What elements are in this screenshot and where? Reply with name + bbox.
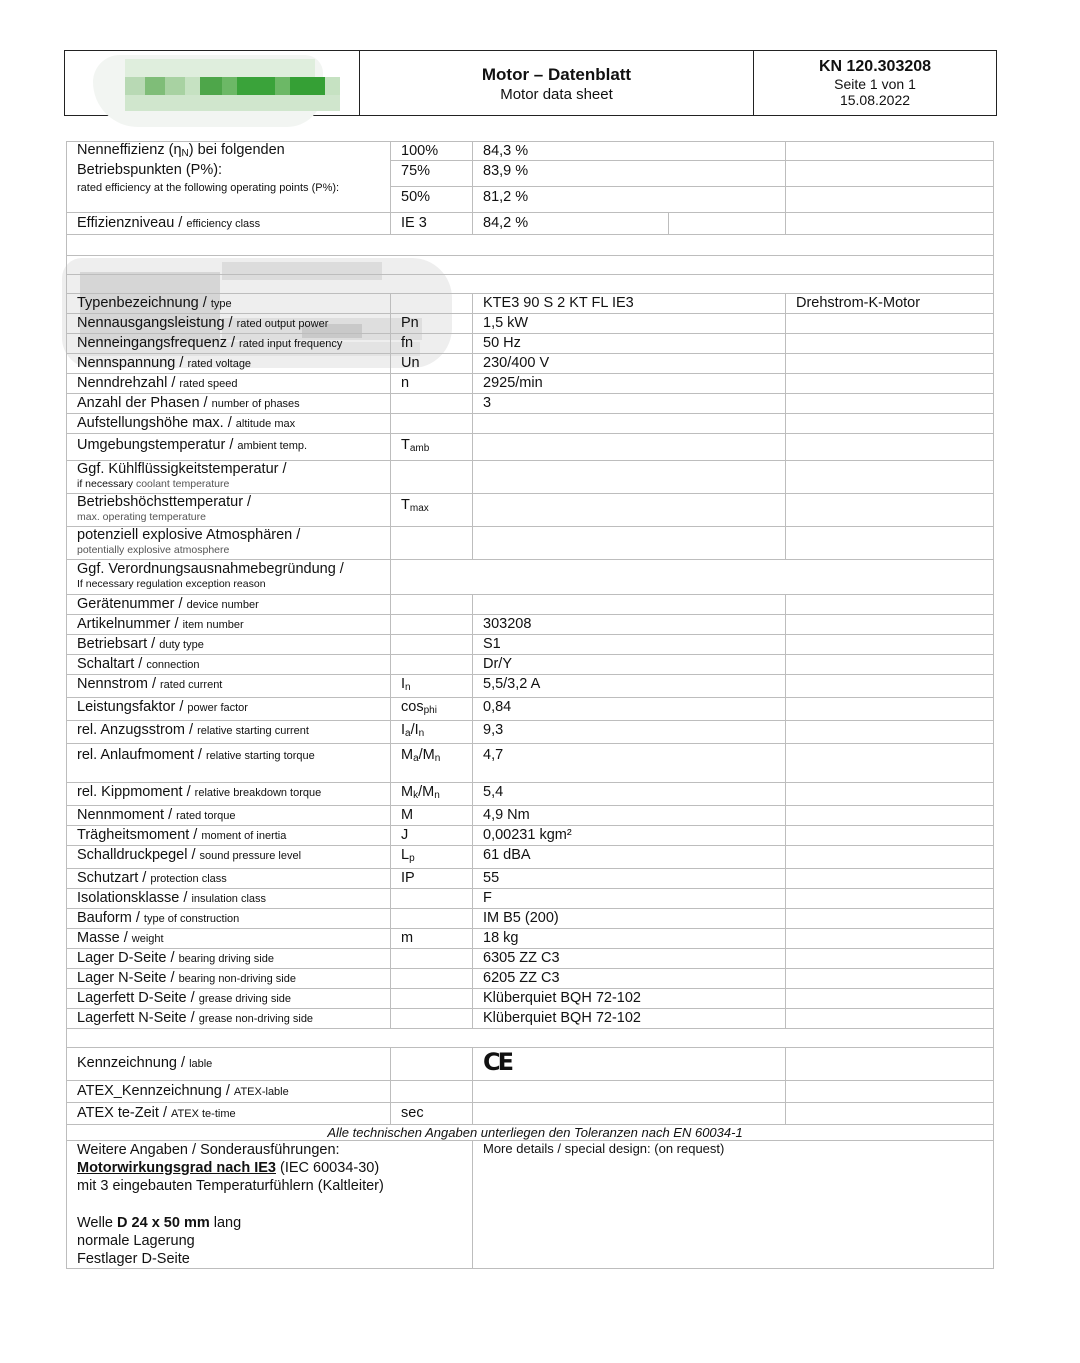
table-row: Schaltart / connectionDr/Y: [67, 655, 994, 675]
parameter-label: rel. Anlaufmoment / relative starting to…: [67, 744, 391, 783]
table-row: Kennzeichnung / lableCE: [67, 1048, 994, 1081]
parameter-label: Lagerfett D-Seite / grease driving side: [67, 989, 391, 1009]
efficiency-class-value: 84,2 %: [473, 213, 669, 235]
parameter-label: Artikelnummer / item number: [67, 615, 391, 635]
parameter-symbol: Tmax: [391, 494, 473, 527]
parameter-value: 1,5 kW: [473, 314, 786, 334]
document-header: Motor – Datenblatt Motor data sheet KN 1…: [64, 50, 997, 116]
table-row: Nennspannung / rated voltageUn230/400 V: [67, 354, 994, 374]
parameter-symbol: fn: [391, 334, 473, 354]
extra-info: [786, 721, 994, 744]
parameter-value: S1: [473, 635, 786, 655]
parameter-symbol: n: [391, 374, 473, 394]
extra-info: [786, 1081, 994, 1103]
parameter-label: Nenndrehzahl / rated speed: [67, 374, 391, 394]
parameter-symbol: IP: [391, 869, 473, 889]
parameter-symbol: [391, 1048, 473, 1081]
parameter-label: ATEX te-Zeit / ATEX te-time: [67, 1103, 391, 1125]
parameter-value: [473, 595, 786, 615]
extra-info: [786, 461, 994, 494]
parameter-value: 303208: [473, 615, 786, 635]
table-row: Masse / weightm18 kg: [67, 929, 994, 949]
document-number: KN 120.303208: [754, 57, 996, 76]
parameter-symbol: Tamb: [391, 434, 473, 461]
parameter-label: Gerätenummer / device number: [67, 595, 391, 615]
parameter-label: Trägheitsmoment / moment of inertia: [67, 826, 391, 846]
parameter-label: Typenbezeichnung / type: [67, 294, 391, 314]
parameter-value: 9,3: [473, 721, 786, 744]
parameter-value: [473, 527, 786, 560]
extra-info: [786, 929, 994, 949]
extra-info: [786, 635, 994, 655]
parameter-symbol: [391, 394, 473, 414]
table-row: Betriebsart / duty typeS1: [67, 635, 994, 655]
spacer-row: [67, 235, 994, 256]
table-row: Lagerfett N-Seite / grease non-driving s…: [67, 1009, 994, 1029]
parameter-value: Dr/Y: [473, 655, 786, 675]
table-row: Lager N-Seite / bearing non-driving side…: [67, 969, 994, 989]
parameter-value: 5,5/3,2 A: [473, 675, 786, 698]
parameter-label: Umgebungstemperatur / ambient temp.: [67, 434, 391, 461]
table-row: Ggf. Verordnungsausnahmebegründung /If n…: [67, 560, 994, 595]
parameter-label: Schaltart / connection: [67, 655, 391, 675]
parameter-value: 6305 ZZ C3: [473, 949, 786, 969]
table-row: Schutzart / protection classIP55: [67, 869, 994, 889]
table-row: Nennmoment / rated torqueM4,9 Nm: [67, 806, 994, 826]
parameter-label: Betriebshöchsttemperatur /max. operating…: [67, 494, 391, 527]
parameter-value: 230/400 V: [473, 354, 786, 374]
parameter-value: [473, 1103, 786, 1125]
parameter-label: Ggf. Kühlflüssigkeitstemperatur /if nece…: [67, 461, 391, 494]
parameter-label: Lagerfett N-Seite / grease non-driving s…: [67, 1009, 391, 1029]
extra-info: [786, 846, 994, 869]
table-row: Nenneingangsfrequenz / rated input frequ…: [67, 334, 994, 354]
parameter-value: [473, 414, 786, 434]
table-row: Lagerfett D-Seite / grease driving sideK…: [67, 989, 994, 1009]
special-design-de: Weitere Angaben / Sonderausführungen:Mot…: [67, 1141, 473, 1269]
parameter-label: rel. Kippmoment / relative breakdown tor…: [67, 783, 391, 806]
efficiency-row-100: Nenneffizienz (ηN) bei folgenden Betrieb…: [67, 142, 994, 161]
parameter-symbol: m: [391, 929, 473, 949]
tolerance-note: Alle technischen Angaben unterliegen den…: [67, 1125, 994, 1141]
parameter-value: KTE3 90 S 2 KT FL IE3: [473, 294, 786, 314]
extra-info: [786, 675, 994, 698]
extra-info: [786, 1009, 994, 1029]
parameter-label: Aufstellungshöhe max. / altitude max: [67, 414, 391, 434]
extra-info: [786, 374, 994, 394]
parameter-value: [473, 494, 786, 527]
parameter-label: Nennstrom / rated current: [67, 675, 391, 698]
parameter-value: 18 kg: [473, 929, 786, 949]
parameter-symbol: Lp: [391, 846, 473, 869]
parameter-value: 0,84: [473, 698, 786, 721]
table-row: Nennstrom / rated currentIn5,5/3,2 A: [67, 675, 994, 698]
parameter-value: 61 dBA: [473, 846, 786, 869]
meta-block: KN 120.303208 Seite 1 von 1 15.08.2022: [754, 51, 996, 115]
parameter-symbol: Ma/Mn: [391, 744, 473, 783]
parameter-symbol: [391, 414, 473, 434]
parameter-value: [473, 434, 786, 461]
extra-info: [786, 889, 994, 909]
parameter-value: 4,7: [473, 744, 786, 783]
parameter-symbol: In: [391, 675, 473, 698]
table-row: rel. Kippmoment / relative breakdown tor…: [67, 783, 994, 806]
table-row: rel. Anzugsstrom / relative starting cur…: [67, 721, 994, 744]
extra-info: [786, 615, 994, 635]
extra-info: [786, 744, 994, 783]
parameter-symbol: [391, 1081, 473, 1103]
table-row: Nenndrehzahl / rated speedn2925/min: [67, 374, 994, 394]
parameter-value: 5,4: [473, 783, 786, 806]
parameter-symbol: J: [391, 826, 473, 846]
parameter-label: Nennspannung / rated voltage: [67, 354, 391, 374]
parameter-symbol: [391, 527, 473, 560]
special-design-en: More details / special design: (on reque…: [473, 1141, 994, 1269]
load-point: 75%: [391, 161, 473, 187]
table-row: Nennausgangsleistung / rated output powe…: [67, 314, 994, 334]
parameter-symbol: [391, 1009, 473, 1029]
extra-info: [786, 354, 994, 374]
spacer-row: [67, 1029, 994, 1048]
parameter-symbol: Mk/Mn: [391, 783, 473, 806]
parameter-label: Bauform / type of construction: [67, 909, 391, 929]
table-row: Bauform / type of constructionIM B5 (200…: [67, 909, 994, 929]
table-row: Gerätenummer / device number: [67, 595, 994, 615]
table-row: ATEX te-Zeit / ATEX te-timesec: [67, 1103, 994, 1125]
details-row: Weitere Angaben / Sonderausführungen:Mot…: [67, 1141, 994, 1269]
extra-info: [786, 494, 994, 527]
efficiency-label: Nenneffizienz (ηN) bei folgenden Betrieb…: [67, 142, 391, 213]
extra-info: [786, 655, 994, 675]
parameter-value: 0,00231 kgm²: [473, 826, 786, 846]
extra-info: [786, 869, 994, 889]
load-point: 50%: [391, 187, 473, 213]
efficiency-class: IE 3: [391, 213, 473, 235]
parameter-label: Schutzart / protection class: [67, 869, 391, 889]
parameter-symbol: [391, 595, 473, 615]
parameter-value: IM B5 (200): [473, 909, 786, 929]
parameter-symbol: [391, 889, 473, 909]
table-row: Leistungsfaktor / power factorcosphi0,84: [67, 698, 994, 721]
extra-info: [786, 826, 994, 846]
efficiency-class-label: Effizienzniveau / efficiency class: [67, 213, 391, 235]
table-row: Schalldruckpegel / sound pressure levelL…: [67, 846, 994, 869]
parameter-symbol: [391, 949, 473, 969]
table-row: Ggf. Kühlflüssigkeitstemperatur /if nece…: [67, 461, 994, 494]
parameter-label: Lager N-Seite / bearing non-driving side: [67, 969, 391, 989]
parameter-symbol: [391, 461, 473, 494]
extra-info: [786, 334, 994, 354]
parameter-symbol: Un: [391, 354, 473, 374]
extra-info: [786, 989, 994, 1009]
extra-info: [786, 595, 994, 615]
extra-info: [786, 969, 994, 989]
document-date: 15.08.2022: [754, 92, 996, 108]
parameter-value: 55: [473, 869, 786, 889]
parameter-value: F: [473, 889, 786, 909]
table-row: rel. Anlaufmoment / relative starting to…: [67, 744, 994, 783]
efficiency-value: 84,3 %: [473, 142, 786, 161]
parameter-symbol: Pn: [391, 314, 473, 334]
extra-info: [786, 314, 994, 334]
parameter-value: 4,9 Nm: [473, 806, 786, 826]
efficiency-class-row: Effizienzniveau / efficiency class IE 3 …: [67, 213, 994, 235]
parameter-symbol: cosphi: [391, 698, 473, 721]
table-row: Aufstellungshöhe max. / altitude max: [67, 414, 994, 434]
motor-data-table: Nenneffizienz (ηN) bei folgenden Betrieb…: [66, 141, 994, 1269]
parameter-value: [473, 461, 786, 494]
extra-info: [786, 394, 994, 414]
parameter-label: Betriebsart / duty type: [67, 635, 391, 655]
redacted-row: [67, 256, 994, 275]
table-row: Anzahl der Phasen / number of phases3: [67, 394, 994, 414]
extra-info: [786, 949, 994, 969]
table-row: Artikelnummer / item number303208: [67, 615, 994, 635]
efficiency-value: 81,2 %: [473, 187, 786, 213]
parameter-value: 6205 ZZ C3: [473, 969, 786, 989]
parameter-label: Leistungsfaktor / power factor: [67, 698, 391, 721]
table-row: Umgebungstemperatur / ambient temp.Tamb: [67, 434, 994, 461]
extra-info: [786, 414, 994, 434]
marking-value: CE: [473, 1048, 786, 1081]
parameter-symbol: [391, 655, 473, 675]
parameter-symbol: M: [391, 806, 473, 826]
extra-info: [786, 434, 994, 461]
parameter-label: Anzahl der Phasen / number of phases: [67, 394, 391, 414]
table-row: Betriebshöchsttemperatur /max. operating…: [67, 494, 994, 527]
parameter-label: Masse / weight: [67, 929, 391, 949]
parameter-symbol: [391, 615, 473, 635]
extra-info: [786, 783, 994, 806]
parameter-value: Klüberquiet BQH 72-102: [473, 989, 786, 1009]
exception-value: [391, 560, 994, 595]
parameter-value: 3: [473, 394, 786, 414]
efficiency-value: 83,9 %: [473, 161, 786, 187]
parameter-value: Klüberquiet BQH 72-102: [473, 1009, 786, 1029]
parameter-symbol: Ia/In: [391, 721, 473, 744]
extra-info: [786, 806, 994, 826]
ce-mark-icon: CE: [483, 1048, 511, 1076]
extra-info: [786, 1048, 994, 1081]
parameter-symbol: [391, 969, 473, 989]
parameter-label: Nennmoment / rated torque: [67, 806, 391, 826]
parameter-label: rel. Anzugsstrom / relative starting cur…: [67, 721, 391, 744]
parameter-label: Schalldruckpegel / sound pressure level: [67, 846, 391, 869]
parameter-unit: sec: [391, 1103, 473, 1125]
company-logo: [65, 51, 360, 115]
parameter-symbol: [391, 635, 473, 655]
table-row: Typenbezeichnung / typeKTE3 90 S 2 KT FL…: [67, 294, 994, 314]
parameter-symbol: [391, 294, 473, 314]
parameter-symbol: [391, 909, 473, 929]
table-row: ATEX_Kennzeichnung / ATEX-lable: [67, 1081, 994, 1103]
extra-info: [786, 527, 994, 560]
title-block: Motor – Datenblatt Motor data sheet: [360, 51, 754, 115]
table-row: Lager D-Seite / bearing driving side6305…: [67, 949, 994, 969]
extra-info: [786, 909, 994, 929]
parameter-label: Nennausgangsleistung / rated output powe…: [67, 314, 391, 334]
extra-info: [786, 698, 994, 721]
spacer-row: [67, 275, 994, 294]
parameter-label: Kennzeichnung / lable: [67, 1048, 391, 1081]
parameter-label: potenziell explosive Atmosphären /potent…: [67, 527, 391, 560]
parameter-symbol: [391, 989, 473, 1009]
parameter-value: [473, 1081, 786, 1103]
tolerance-note-row: Alle technischen Angaben unterliegen den…: [67, 1125, 994, 1141]
table-row: Isolationsklasse / insulation classF: [67, 889, 994, 909]
parameter-label: ATEX_Kennzeichnung / ATEX-lable: [67, 1081, 391, 1103]
parameter-label: Isolationsklasse / insulation class: [67, 889, 391, 909]
document-subtitle: Motor data sheet: [360, 85, 753, 104]
extra-info: [786, 1103, 994, 1125]
parameter-value: 2925/min: [473, 374, 786, 394]
parameter-label: Ggf. Verordnungsausnahmebegründung /If n…: [67, 560, 391, 595]
table-row: potenziell explosive Atmosphären /potent…: [67, 527, 994, 560]
parameter-value: 50 Hz: [473, 334, 786, 354]
parameter-label: Nenneingangsfrequenz / rated input frequ…: [67, 334, 391, 354]
page-indicator: Seite 1 von 1: [754, 76, 996, 92]
parameter-label: Lager D-Seite / bearing driving side: [67, 949, 391, 969]
extra-info: Drehstrom-K-Motor: [786, 294, 994, 314]
document-title: Motor – Datenblatt: [360, 65, 753, 85]
load-point: 100%: [391, 142, 473, 161]
table-row: Trägheitsmoment / moment of inertiaJ0,00…: [67, 826, 994, 846]
